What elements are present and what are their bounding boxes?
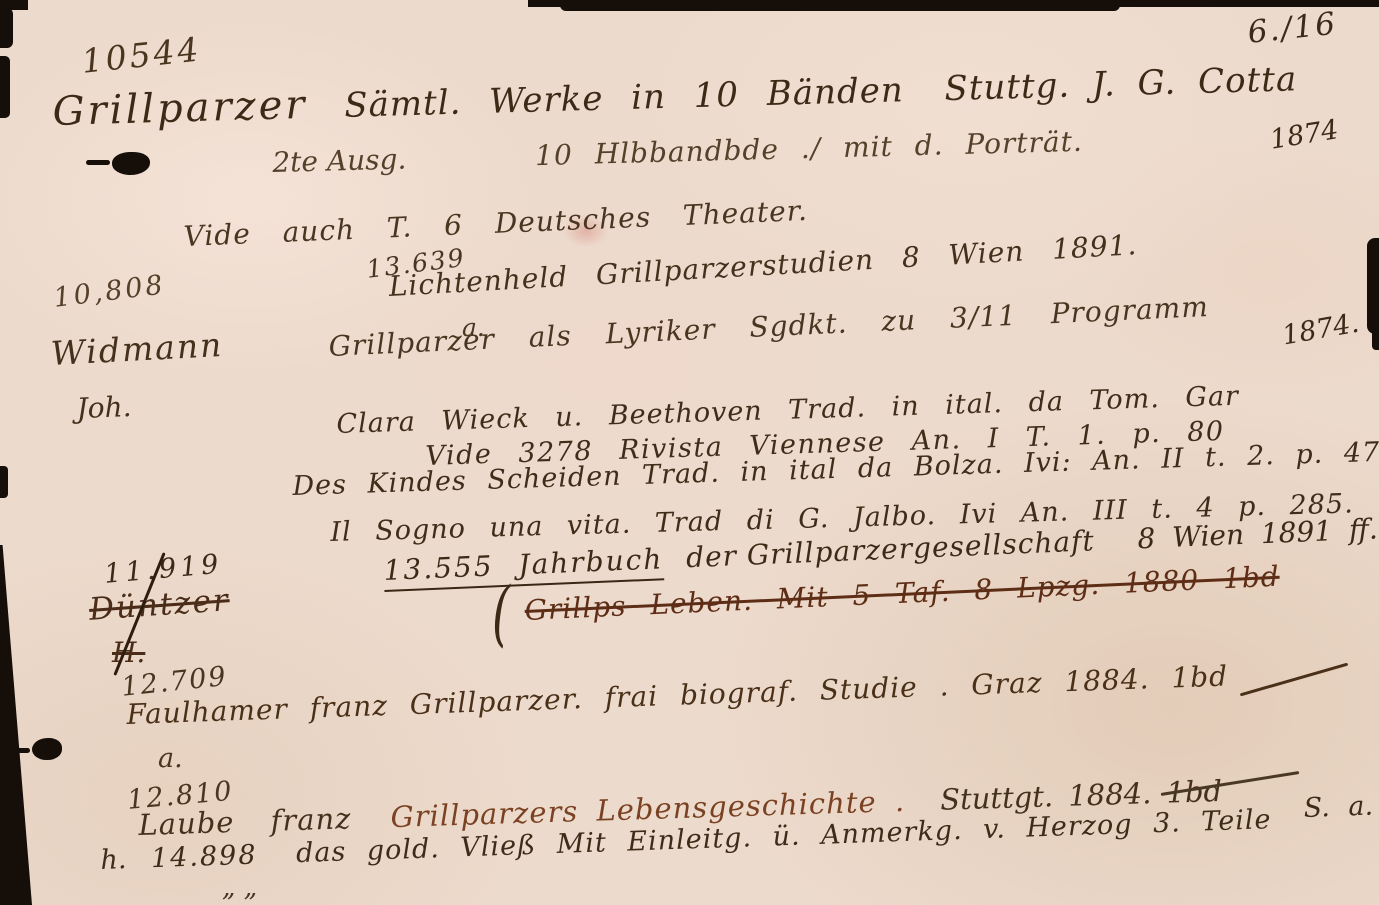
margin-author-joh: Joh. bbox=[76, 392, 132, 425]
author-grillparzer: Grillparzer bbox=[52, 82, 308, 135]
right-edge-small-mark bbox=[1372, 330, 1379, 350]
ink-blot-2-dash bbox=[6, 748, 30, 753]
top-edge-shadow-thick bbox=[560, 0, 1120, 11]
vliess-suffix: S. a. bbox=[1303, 791, 1373, 824]
left-edge-mark-1 bbox=[0, 8, 13, 48]
ditto-quotes: „ „ bbox=[222, 874, 257, 903]
left-edge-mark-2 bbox=[0, 56, 10, 118]
right-edge-notch bbox=[1367, 238, 1379, 334]
left-edge-mark-3 bbox=[0, 466, 8, 498]
vliess-number: 14.898 bbox=[151, 840, 259, 875]
vliess-margin-letter: h. bbox=[100, 844, 127, 876]
catalog-card-page: 6./16 10544 Grillparzer Sämtl. Werke in … bbox=[0, 0, 1379, 905]
brace-mark: ( bbox=[492, 574, 510, 652]
edition-2te-ausg: 2te Ausg. bbox=[272, 142, 407, 178]
note-a-2: a. bbox=[158, 744, 183, 774]
ink-blot-2 bbox=[32, 738, 62, 760]
laube-author: Laube franz bbox=[138, 801, 352, 842]
ink-blot-1-dash bbox=[86, 160, 110, 165]
